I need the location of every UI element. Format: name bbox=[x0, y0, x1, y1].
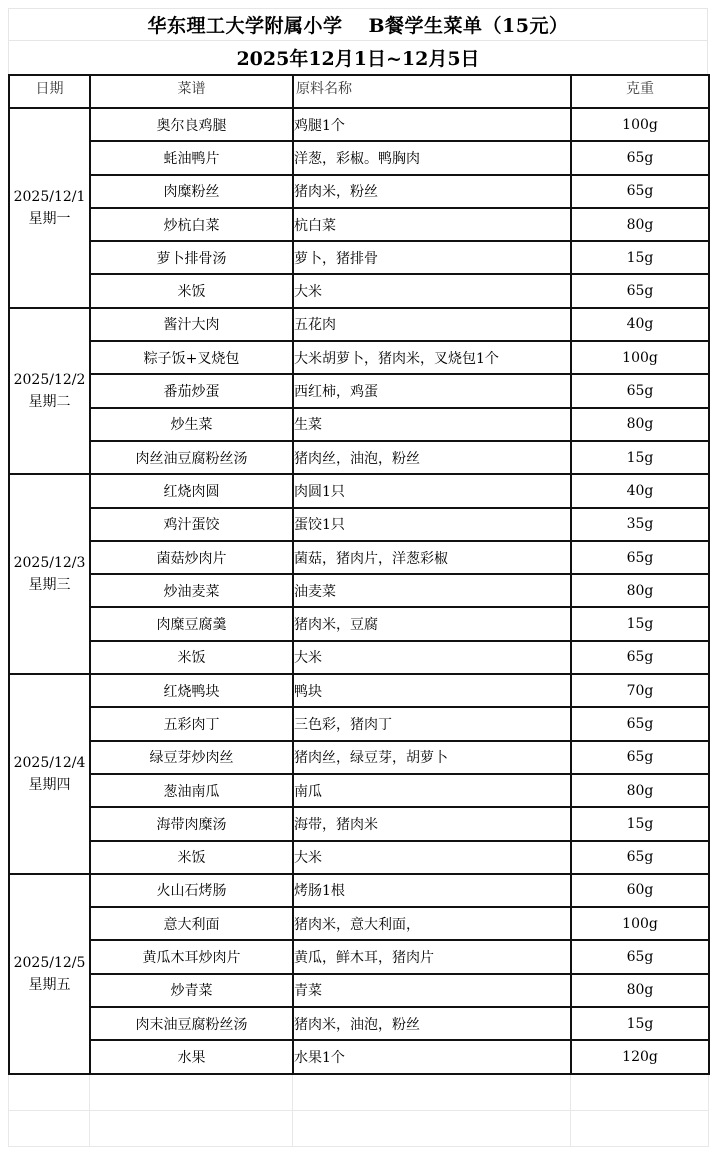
menu-row: 2025/12/3星期三红烧肉圆肉圆1只40g bbox=[9, 474, 709, 507]
ingredients-cell[interactable]: 大米 bbox=[293, 841, 571, 874]
ingredients-cell[interactable]: 五花肉 bbox=[293, 308, 571, 341]
header-weight[interactable]: 克重 bbox=[571, 75, 709, 108]
menu-name: B餐学生菜单（15元） bbox=[369, 11, 569, 38]
date-value: 2025/12/4 bbox=[10, 752, 89, 774]
dish-cell[interactable]: 炒油麦菜 bbox=[90, 574, 293, 607]
ingredients-cell[interactable]: 水果1个 bbox=[293, 1040, 571, 1073]
dish-cell[interactable]: 海带肉糜汤 bbox=[90, 807, 293, 840]
dish-cell[interactable]: 肉糜粉丝 bbox=[90, 175, 293, 208]
menu-row: 米饭大米65g bbox=[9, 274, 709, 307]
dish-cell[interactable]: 炒杭白菜 bbox=[90, 208, 293, 241]
dish-cell[interactable]: 米饭 bbox=[90, 841, 293, 874]
ingredients-cell[interactable]: 猪肉丝，绿豆芽，胡萝卜 bbox=[293, 741, 571, 774]
weight-cell[interactable]: 40g bbox=[571, 308, 709, 341]
dish-cell[interactable]: 黄瓜木耳炒肉片 bbox=[90, 940, 293, 973]
dish-cell[interactable]: 葱油南瓜 bbox=[90, 774, 293, 807]
date-value: 2025/12/3 bbox=[10, 552, 89, 574]
weight-cell[interactable]: 65g bbox=[571, 141, 709, 174]
ingredients-cell[interactable]: 黄瓜，鲜木耳，猪肉片 bbox=[293, 940, 571, 973]
menu-row: 肉丝油豆腐粉丝汤猪肉丝，油泡，粉丝15g bbox=[9, 441, 709, 474]
dish-cell[interactable]: 番茄炒蛋 bbox=[90, 374, 293, 407]
menu-row: 肉糜豆腐羹猪肉米，豆腐15g bbox=[9, 607, 709, 640]
dish-cell[interactable]: 红烧鸭块 bbox=[90, 674, 293, 707]
menu-row: 2025/12/1星期一奥尔良鸡腿鸡腿1个100g bbox=[9, 108, 709, 141]
ingredients-cell[interactable]: 肉圆1只 bbox=[293, 474, 571, 507]
weight-cell[interactable]: 80g bbox=[571, 208, 709, 241]
ingredients-cell[interactable]: 青菜 bbox=[293, 974, 571, 1007]
weight-cell[interactable]: 60g bbox=[571, 874, 709, 907]
menu-row: 肉糜粉丝猪肉米，粉丝65g bbox=[9, 175, 709, 208]
ingredients-cell[interactable]: 大米胡萝卜，猪肉米，叉烧包1个 bbox=[293, 341, 571, 374]
menu-row: 葱油南瓜南瓜80g bbox=[9, 774, 709, 807]
ingredients-cell[interactable]: 海带，猪肉米 bbox=[293, 807, 571, 840]
ingredients-cell[interactable]: 生菜 bbox=[293, 408, 571, 441]
dish-cell[interactable]: 酱汁大肉 bbox=[90, 308, 293, 341]
dish-cell[interactable]: 水果 bbox=[90, 1040, 293, 1073]
menu-row: 米饭大米65g bbox=[9, 841, 709, 874]
ingredients-cell[interactable]: 猪肉米，粉丝 bbox=[293, 175, 571, 208]
ingredients-cell[interactable]: 鸡腿1个 bbox=[293, 108, 571, 141]
dish-cell[interactable]: 粽子饭+叉烧包 bbox=[90, 341, 293, 374]
ingredients-cell[interactable]: 猪肉米，意大利面， bbox=[293, 907, 571, 940]
dish-cell[interactable]: 炒生菜 bbox=[90, 408, 293, 441]
menu-row: 意大利面猪肉米，意大利面，100g bbox=[9, 907, 709, 940]
weekday-value: 星期二 bbox=[10, 391, 89, 413]
menu-row: 鸡汁蛋饺蛋饺1只35g bbox=[9, 508, 709, 541]
weight-cell[interactable]: 65g bbox=[571, 641, 709, 674]
menu-row: 炒生菜生菜80g bbox=[9, 408, 709, 441]
weight-cell[interactable]: 65g bbox=[571, 940, 709, 973]
ingredients-cell[interactable]: 西红柿，鸡蛋 bbox=[293, 374, 571, 407]
empty-row bbox=[9, 1075, 709, 1111]
dish-cell[interactable]: 肉末油豆腐粉丝汤 bbox=[90, 1007, 293, 1040]
menu-row: 2025/12/4星期四红烧鸭块鸭块70g bbox=[9, 674, 709, 707]
weight-cell[interactable]: 65g bbox=[571, 707, 709, 740]
empty-cell[interactable] bbox=[293, 1110, 571, 1146]
ingredients-cell[interactable]: 烤肠1根 bbox=[293, 874, 571, 907]
weight-cell[interactable]: 80g bbox=[571, 574, 709, 607]
menu-row: 萝卜排骨汤萝卜，猪排骨15g bbox=[9, 241, 709, 274]
weight-cell[interactable]: 15g bbox=[571, 441, 709, 474]
date-range: 2025年12月1日~12月5日 bbox=[236, 44, 479, 71]
weight-cell[interactable]: 100g bbox=[571, 907, 709, 940]
weight-cell[interactable]: 15g bbox=[571, 807, 709, 840]
menu-row: 2025/12/2星期二酱汁大肉五花肉40g bbox=[9, 308, 709, 341]
date-value: 2025/12/2 bbox=[10, 369, 89, 391]
weight-cell[interactable]: 15g bbox=[571, 607, 709, 640]
ingredients-cell[interactable]: 杭白菜 bbox=[293, 208, 571, 241]
weekday-value: 星期五 bbox=[10, 974, 89, 996]
menu-sheet: 华东理工大学附属小学 B餐学生菜单（15元） 2025年12月1日~12月5日 … bbox=[8, 8, 708, 1147]
date-value: 2025/12/1 bbox=[10, 186, 89, 208]
ingredients-cell[interactable]: 大米 bbox=[293, 641, 571, 674]
empty-cell[interactable] bbox=[571, 1075, 709, 1111]
menu-row: 蚝油鸭片洋葱，彩椒。鸭胸肉65g bbox=[9, 141, 709, 174]
menu-table: 日期 菜谱 原料名称 克重 2025/12/1星期一奥尔良鸡腿鸡腿1个100g蚝… bbox=[8, 74, 710, 1075]
weight-cell[interactable]: 80g bbox=[571, 774, 709, 807]
weight-cell[interactable]: 40g bbox=[571, 474, 709, 507]
dish-cell[interactable]: 米饭 bbox=[90, 274, 293, 307]
weight-cell[interactable]: 65g bbox=[571, 374, 709, 407]
dish-cell[interactable]: 五彩肉丁 bbox=[90, 707, 293, 740]
menu-row: 番茄炒蛋西红柿，鸡蛋65g bbox=[9, 374, 709, 407]
ingredients-cell[interactable]: 萝卜，猪排骨 bbox=[293, 241, 571, 274]
dish-cell[interactable]: 绿豆芽炒肉丝 bbox=[90, 741, 293, 774]
empty-row bbox=[9, 1110, 709, 1146]
empty-cell[interactable] bbox=[571, 1110, 709, 1146]
date-cell[interactable]: 2025/12/1星期一 bbox=[9, 108, 90, 308]
weight-cell[interactable]: 80g bbox=[571, 974, 709, 1007]
header-date[interactable]: 日期 bbox=[9, 75, 90, 108]
date-cell[interactable]: 2025/12/5星期五 bbox=[9, 874, 90, 1074]
title-cell[interactable]: 华东理工大学附属小学 B餐学生菜单（15元） bbox=[8, 8, 708, 41]
menu-row: 米饭大米65g bbox=[9, 641, 709, 674]
dish-cell[interactable]: 菌菇炒肉片 bbox=[90, 541, 293, 574]
menu-body: 2025/12/1星期一奥尔良鸡腿鸡腿1个100g蚝油鸭片洋葱，彩椒。鸭胸肉65… bbox=[9, 108, 709, 1074]
empty-cell[interactable] bbox=[9, 1110, 90, 1146]
weekday-value: 星期一 bbox=[10, 208, 89, 230]
menu-row: 炒油麦菜油麦菜80g bbox=[9, 574, 709, 607]
header-ingredients[interactable]: 原料名称 bbox=[293, 75, 571, 108]
menu-row: 菌菇炒肉片菌菇，猪肉片，洋葱彩椒65g bbox=[9, 541, 709, 574]
menu-row: 海带肉糜汤海带，猪肉米15g bbox=[9, 807, 709, 840]
menu-row: 炒青菜青菜80g bbox=[9, 974, 709, 1007]
ingredients-cell[interactable]: 油麦菜 bbox=[293, 574, 571, 607]
menu-row: 粽子饭+叉烧包大米胡萝卜，猪肉米，叉烧包1个100g bbox=[9, 341, 709, 374]
weight-cell[interactable]: 65g bbox=[571, 541, 709, 574]
dish-cell[interactable]: 肉丝油豆腐粉丝汤 bbox=[90, 441, 293, 474]
dish-cell[interactable]: 萝卜排骨汤 bbox=[90, 241, 293, 274]
ingredients-cell[interactable]: 蛋饺1只 bbox=[293, 508, 571, 541]
ingredients-cell[interactable]: 猪肉米，豆腐 bbox=[293, 607, 571, 640]
ingredients-cell[interactable]: 猪肉丝，油泡，粉丝 bbox=[293, 441, 571, 474]
menu-row: 2025/12/5星期五火山石烤肠烤肠1根60g bbox=[9, 874, 709, 907]
empty-cell[interactable] bbox=[293, 1075, 571, 1111]
weight-cell[interactable]: 65g bbox=[571, 741, 709, 774]
menu-row: 绿豆芽炒肉丝猪肉丝，绿豆芽，胡萝卜65g bbox=[9, 741, 709, 774]
dish-cell[interactable]: 火山石烤肠 bbox=[90, 874, 293, 907]
dish-cell[interactable]: 意大利面 bbox=[90, 907, 293, 940]
weight-cell[interactable]: 100g bbox=[571, 341, 709, 374]
date-cell[interactable]: 2025/12/3星期三 bbox=[9, 474, 90, 674]
weight-cell[interactable]: 120g bbox=[571, 1040, 709, 1073]
dish-cell[interactable]: 红烧肉圆 bbox=[90, 474, 293, 507]
dish-cell[interactable]: 蚝油鸭片 bbox=[90, 141, 293, 174]
weight-cell[interactable]: 65g bbox=[571, 274, 709, 307]
weekday-value: 星期四 bbox=[10, 774, 89, 796]
empty-cell[interactable] bbox=[9, 1075, 90, 1111]
menu-row: 炒杭白菜杭白菜80g bbox=[9, 208, 709, 241]
weight-cell[interactable]: 15g bbox=[571, 1007, 709, 1040]
weight-cell[interactable]: 65g bbox=[571, 841, 709, 874]
weekday-value: 星期三 bbox=[10, 574, 89, 596]
date-cell[interactable]: 2025/12/2星期二 bbox=[9, 308, 90, 474]
header-row: 日期 菜谱 原料名称 克重 bbox=[9, 75, 709, 108]
menu-row: 五彩肉丁三色彩，猪肉丁65g bbox=[9, 707, 709, 740]
school-name: 华东理工大学附属小学 bbox=[147, 11, 342, 38]
menu-row: 水果水果1个120g bbox=[9, 1040, 709, 1073]
menu-row: 肉末油豆腐粉丝汤猪肉米，油泡，粉丝15g bbox=[9, 1007, 709, 1040]
empty-cell[interactable] bbox=[90, 1110, 293, 1146]
ingredients-cell[interactable]: 大米 bbox=[293, 274, 571, 307]
dish-cell[interactable]: 肉糜豆腐羹 bbox=[90, 607, 293, 640]
ingredients-cell[interactable]: 三色彩，猪肉丁 bbox=[293, 707, 571, 740]
weight-cell[interactable]: 35g bbox=[571, 508, 709, 541]
ingredients-cell[interactable]: 南瓜 bbox=[293, 774, 571, 807]
dish-cell[interactable]: 炒青菜 bbox=[90, 974, 293, 1007]
dish-cell[interactable]: 鸡汁蛋饺 bbox=[90, 508, 293, 541]
empty-cell[interactable] bbox=[90, 1075, 293, 1111]
weight-cell[interactable]: 70g bbox=[571, 674, 709, 707]
weight-cell[interactable]: 100g bbox=[571, 108, 709, 141]
header-dish[interactable]: 菜谱 bbox=[90, 75, 293, 108]
ingredients-cell[interactable]: 鸭块 bbox=[293, 674, 571, 707]
menu-row: 黄瓜木耳炒肉片黄瓜，鲜木耳，猪肉片65g bbox=[9, 940, 709, 973]
weight-cell[interactable]: 80g bbox=[571, 408, 709, 441]
date-cell[interactable]: 2025/12/4星期四 bbox=[9, 674, 90, 874]
ingredients-cell[interactable]: 洋葱，彩椒。鸭胸肉 bbox=[293, 141, 571, 174]
weight-cell[interactable]: 65g bbox=[571, 175, 709, 208]
dish-cell[interactable]: 米饭 bbox=[90, 641, 293, 674]
ingredients-cell[interactable]: 菌菇，猪肉片，洋葱彩椒 bbox=[293, 541, 571, 574]
empty-rows bbox=[8, 1075, 709, 1147]
date-value: 2025/12/5 bbox=[10, 952, 89, 974]
weight-cell[interactable]: 15g bbox=[571, 241, 709, 274]
date-range-cell[interactable]: 2025年12月1日~12月5日 bbox=[8, 41, 708, 74]
dish-cell[interactable]: 奥尔良鸡腿 bbox=[90, 108, 293, 141]
ingredients-cell[interactable]: 猪肉米，油泡，粉丝 bbox=[293, 1007, 571, 1040]
